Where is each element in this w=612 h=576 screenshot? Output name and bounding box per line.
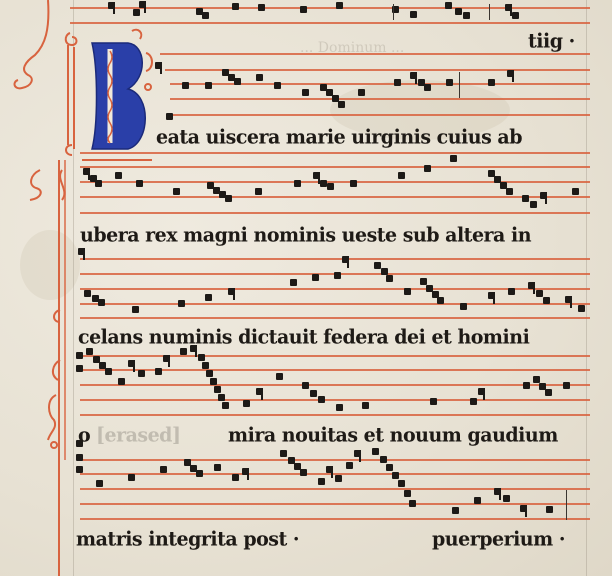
staff-line	[80, 317, 590, 319]
staff-line	[80, 258, 590, 260]
lyric-line: ubera rex magni nominis ueste sub altera…	[80, 223, 531, 246]
staff-line	[80, 181, 590, 183]
staff-line	[80, 196, 590, 198]
staff-line	[80, 399, 590, 401]
staff-line	[80, 488, 590, 490]
staff-line	[80, 303, 590, 305]
staff-line	[70, 22, 590, 24]
lyric-line: celans numinis dictauit federa dei et ho…	[78, 325, 529, 348]
staff-line	[80, 414, 590, 416]
lyric-line: puerperium ·	[432, 527, 565, 550]
staff-line	[80, 152, 590, 154]
manuscript-page: ... Dominum ...	[0, 0, 612, 576]
staff-line	[70, 7, 590, 9]
lyric-line: o	[78, 423, 90, 446]
staff-line	[170, 83, 590, 85]
erased-text: [erased]	[96, 423, 180, 446]
staff-line	[80, 166, 590, 168]
staff-line	[80, 384, 590, 386]
staff-line	[80, 212, 590, 214]
lyric-line: tiig ·	[528, 29, 575, 52]
illuminated-initial: B	[62, 25, 162, 165]
lyric-line: eata uiscera marie uirginis cuius ab	[156, 125, 522, 148]
staff-line	[80, 518, 590, 520]
staff-line	[80, 459, 590, 461]
staff-line	[80, 503, 590, 505]
staff-line	[170, 98, 590, 100]
lyric-line: mira nouitas et nouum gaudium	[228, 423, 558, 446]
staff-line	[170, 114, 590, 116]
lyric-line: matris integrita post ·	[76, 527, 299, 550]
staff-line	[160, 53, 590, 55]
staff-line	[80, 355, 590, 357]
